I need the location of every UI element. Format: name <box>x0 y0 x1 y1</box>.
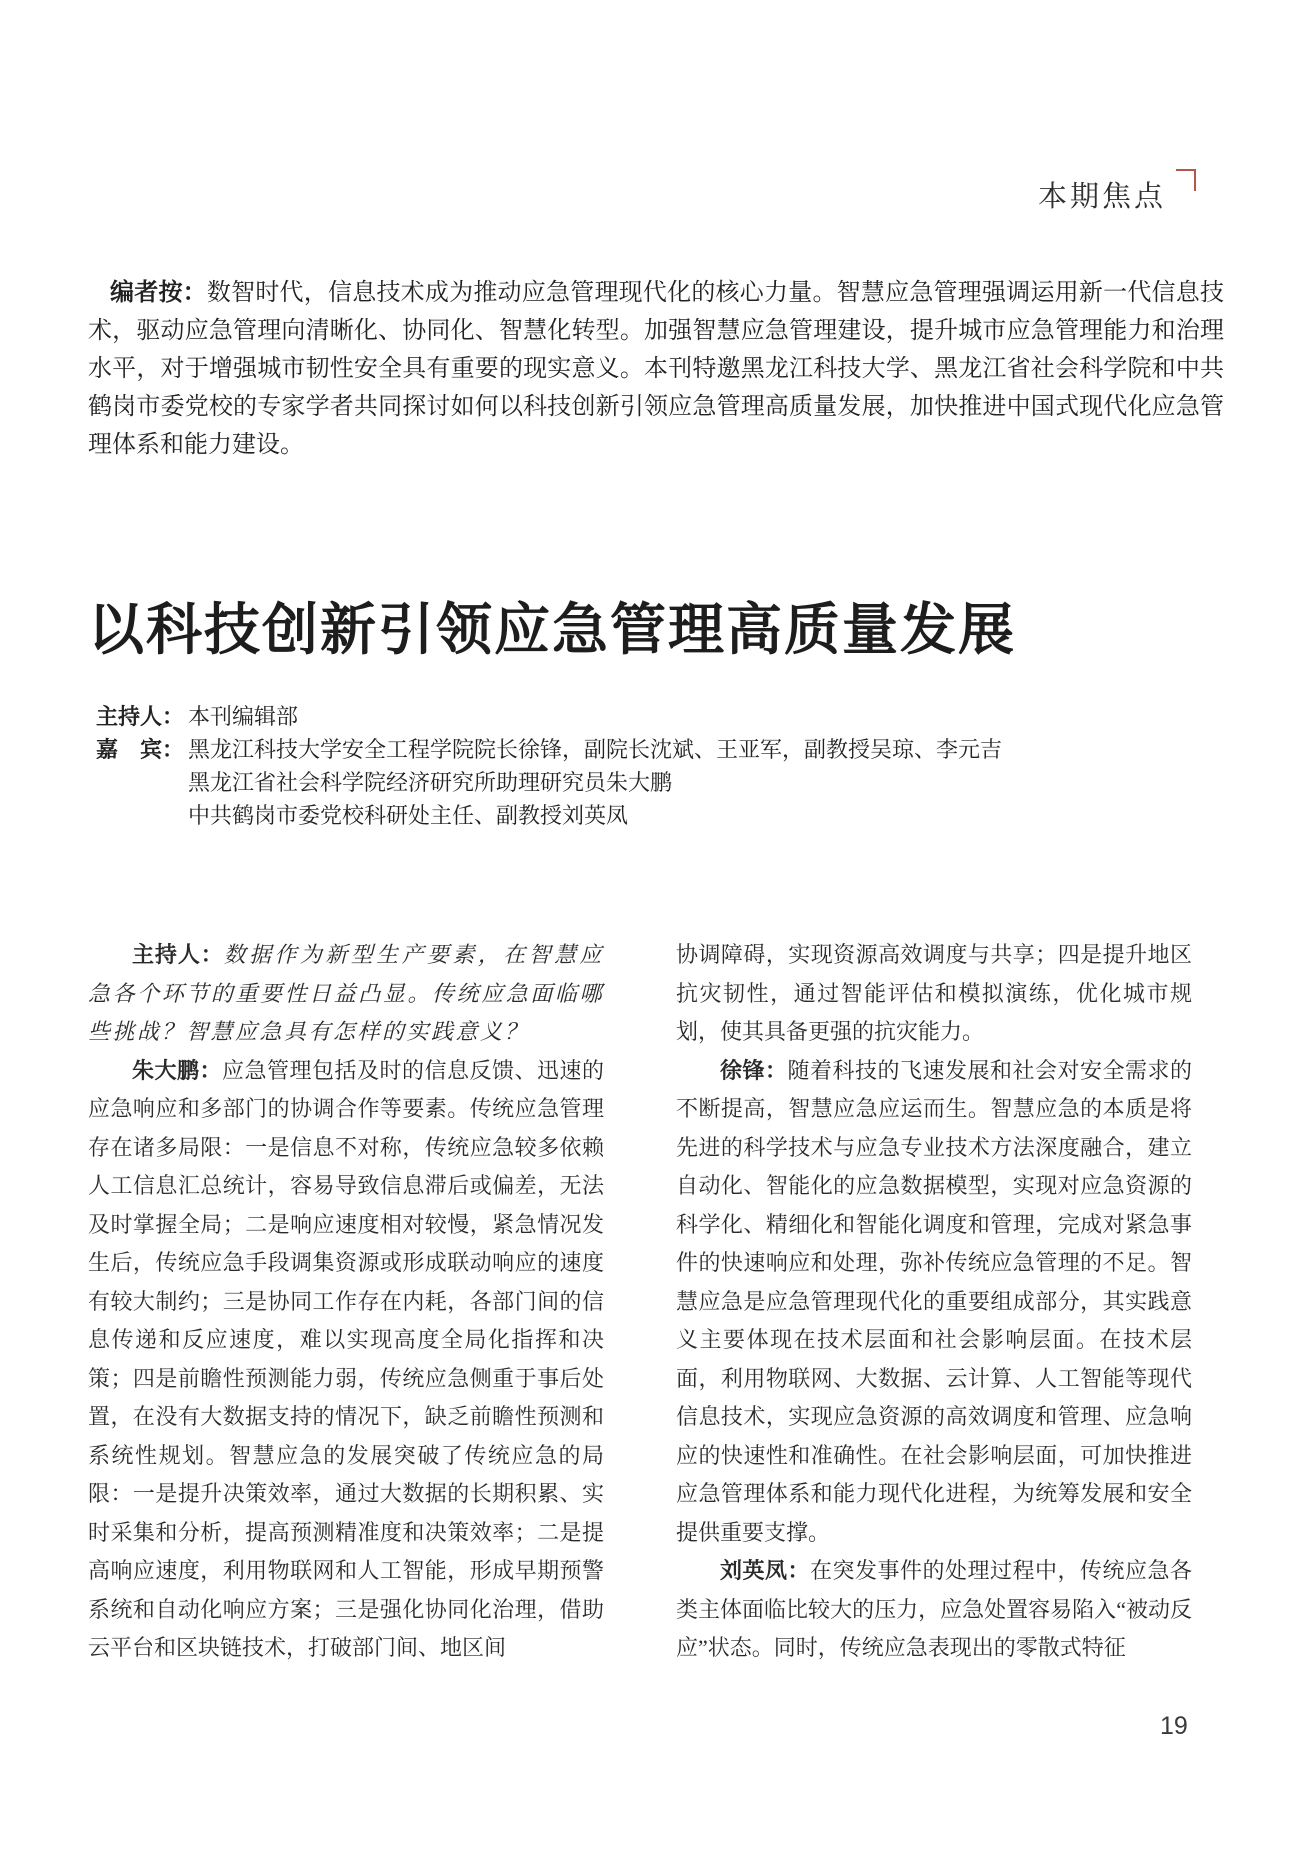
editor-note-text: 数智时代，信息技术成为推动应急管理现代化的核心力量。智慧应急管理强调运用新一代信… <box>88 279 1224 458</box>
guests-label: 嘉 宾： <box>96 733 188 766</box>
dialogue-paragraph: 徐锋：随着科技的飞速发展和社会对安全需求的不断提高，智慧应急应运而生。智慧应急的… <box>676 1052 1192 1553</box>
continuation-paragraph: 协调障碍，实现资源高效调度与共享；四是提升地区抗灾韧性，通过智能评估和模拟演练，… <box>676 936 1192 1052</box>
speaker-name: 主持人： <box>132 942 224 967</box>
editor-note-label: 编者按： <box>110 279 207 306</box>
speaker-name: 刘英凤： <box>720 1558 810 1583</box>
dialogue-paragraph: 刘英凤：在突发事件的处理过程中，传统应急各类主体面临比较大的压力，应急处置容易陷… <box>676 1552 1192 1668</box>
section-header-label: 本期焦点 <box>1038 174 1166 215</box>
article-title: 以科技创新引领应急管理高质量发展 <box>88 596 1228 663</box>
article-body: 主持人：数据作为新型生产要素，在智慧应急各个环节的重要性日益凸显。传统应急面临哪… <box>88 936 1192 1668</box>
speaker-name: 朱大鹏： <box>132 1058 222 1083</box>
section-header: 本期焦点 <box>1038 174 1196 215</box>
article-meta: 主持人： 本刊编辑部 嘉 宾： 黑龙江科技大学安全工程学院院长徐锋，副院长沈斌、… <box>96 700 1206 832</box>
paragraph-text: 协调障碍，实现资源高效调度与共享；四是提升地区抗灾韧性，通过智能评估和模拟演练，… <box>676 942 1192 1044</box>
host-value: 本刊编辑部 <box>188 700 298 733</box>
editor-note: 编者按：数智时代，信息技术成为推动应急管理现代化的核心力量。智慧应急管理强调运用… <box>88 274 1224 464</box>
corner-bracket-icon <box>1176 169 1196 191</box>
paragraph-text: 应急管理包括及时的信息反馈、迅速的应急响应和多部门的协调合作等要素。传统应急管理… <box>88 1058 604 1661</box>
guest-list: 黑龙江科技大学安全工程学院院长徐锋，副院长沈斌、王亚军，副教授吴琼、李元吉 黑龙… <box>188 733 1206 832</box>
dialogue-paragraph: 朱大鹏：应急管理包括及时的信息反馈、迅速的应急响应和多部门的协调合作等要素。传统… <box>88 1052 604 1668</box>
guest-item: 中共鹤岗市委党校科研处主任、副教授刘英凤 <box>188 799 1206 832</box>
page-number: 19 <box>1160 1712 1188 1741</box>
host-label: 主持人： <box>96 700 188 733</box>
guests-row: 嘉 宾： 黑龙江科技大学安全工程学院院长徐锋，副院长沈斌、王亚军，副教授吴琼、李… <box>96 733 1206 832</box>
guest-item: 黑龙江省社会科学院经济研究所助理研究员朱大鹏 <box>188 766 1206 799</box>
magazine-page: 本期焦点 编者按：数智时代，信息技术成为推动应急管理现代化的核心力量。智慧应急管… <box>0 0 1312 1868</box>
left-column: 主持人：数据作为新型生产要素，在智慧应急各个环节的重要性日益凸显。传统应急面临哪… <box>88 936 604 1668</box>
right-column: 协调障碍，实现资源高效调度与共享；四是提升地区抗灾韧性，通过智能评估和模拟演练，… <box>676 936 1192 1668</box>
speaker-name: 徐锋： <box>720 1058 788 1083</box>
paragraph-text: 随着科技的飞速发展和社会对安全需求的不断提高，智慧应急应运而生。智慧应急的本质是… <box>676 1058 1192 1545</box>
guest-item: 黑龙江科技大学安全工程学院院长徐锋，副院长沈斌、王亚军，副教授吴琼、李元吉 <box>188 733 1206 766</box>
host-row: 主持人： 本刊编辑部 <box>96 700 1206 733</box>
host-question-paragraph: 主持人：数据作为新型生产要素，在智慧应急各个环节的重要性日益凸显。传统应急面临哪… <box>88 936 604 1052</box>
